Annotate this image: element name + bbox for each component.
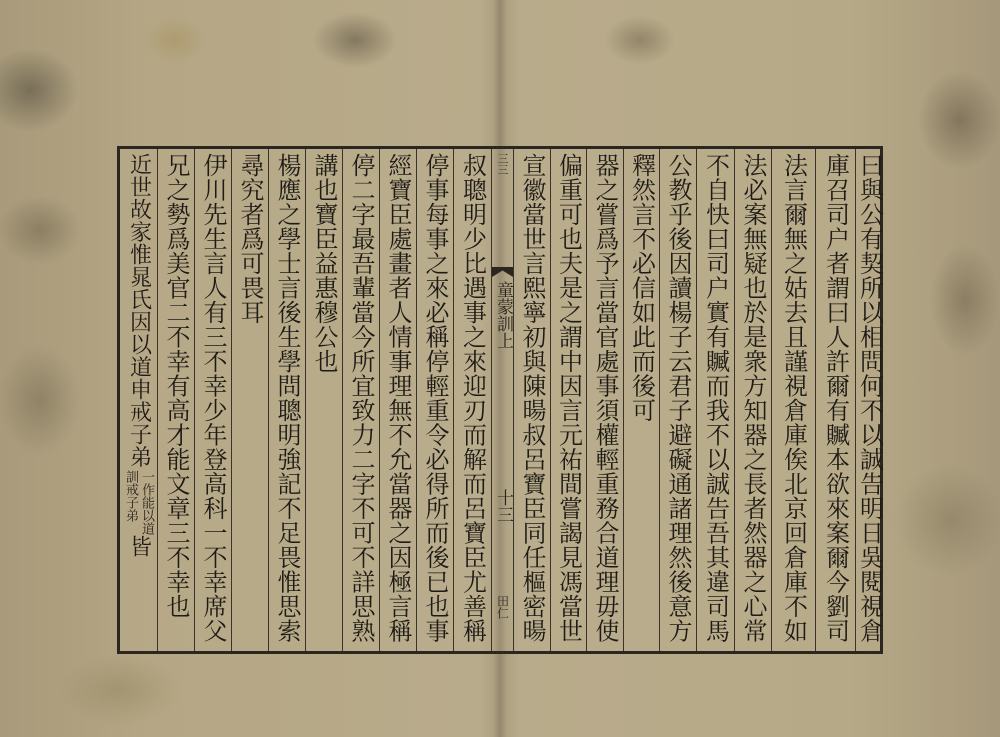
text-column: 曰與公有契所以相問何不以誠告明日吳閱視倉 bbox=[855, 149, 883, 651]
interlinear-note: 一作能以道 訓戒子弟 bbox=[124, 470, 153, 535]
text-column: 楊應之學士言後生學問聰明強記不足畏惟思索 bbox=[268, 149, 305, 651]
character-count-mark: 三三 bbox=[492, 153, 513, 175]
column-text: 宣徽當世言熙寧初與陳暘叔呂寶臣同任樞密暘 bbox=[520, 153, 544, 643]
text-column: 停事每事之來必稱停輕重令必得所而後已也事 bbox=[416, 149, 453, 651]
column-text: 經寶臣處畫者人情事理無不允當器之因極言稱 bbox=[386, 153, 410, 643]
column-text: 近世故家惟晁氏因以道申戒子弟 bbox=[128, 153, 150, 468]
text-column: 庫召司户者謂曰人許爾有贓本欲來案爾今劉司 bbox=[815, 149, 855, 651]
column-text: 庫召司户者謂曰人許爾有贓本欲來案爾今劉司 bbox=[824, 153, 848, 643]
column-text: 偏重可也夫是之謂中因言元祐間嘗謁見馮當世 bbox=[557, 153, 581, 643]
column-text: 公教乎後因讀楊子云君子避礙通諸理然後意方 bbox=[666, 153, 690, 643]
column-text: 不自快曰司户實有贓而我不以誠告吾其違司馬 bbox=[704, 153, 728, 643]
note-left: 訓戒子弟 bbox=[124, 470, 137, 535]
printed-frame: 曰與公有契所以相問何不以誠告明日吳閱視倉 庫召司户者謂曰人許爾有贓本欲來案爾今劉… bbox=[117, 146, 883, 654]
text-column: 講也寶臣益惠穆公也 bbox=[305, 149, 342, 651]
text-column: 法必案無疑也於是衆方知器之長者然器之心常 bbox=[734, 149, 771, 651]
fishtail-mark bbox=[492, 267, 513, 277]
book-spread: 曰與公有契所以相問何不以誠告明日吳閱視倉 庫召司户者謂曰人許爾有贓本欲來案爾今劉… bbox=[0, 0, 1000, 737]
column-text: 曰與公有契所以相問何不以誠告明日吳閱視倉 bbox=[858, 153, 882, 643]
column-text: 器之嘗爲予言當官處事須權輕重務合道理毋使 bbox=[593, 153, 617, 643]
column-text: 尋究者爲可畏耳 bbox=[238, 153, 262, 325]
column-text: 法言爾無之姑去且謹視倉庫俟北京回倉庫不如 bbox=[782, 153, 806, 643]
text-column: 叔聰明少比遇事之來迎刃而解而呂寶臣尤善稱 bbox=[453, 149, 491, 651]
column-text: 楊應之學士言後生學問聰明強記不足畏惟思索 bbox=[275, 153, 299, 643]
column-text: 停事每事之來必稱停輕重令必得所而後已也事 bbox=[423, 153, 447, 643]
column-text: 法必案無疑也於是衆方知器之長者然器之心常 bbox=[741, 153, 765, 643]
book-title: 童蒙訓上 bbox=[492, 281, 513, 349]
column-text: 伊川先生言人有三不幸少年登高科一不幸席父 bbox=[201, 153, 225, 643]
text-column: 公教乎後因讀楊子云君子避礙通諸理然後意方 bbox=[659, 149, 696, 651]
text-column: 經寶臣處畫者人情事理無不允當器之因極言稱 bbox=[379, 149, 416, 651]
page-number: 十三 bbox=[492, 489, 513, 523]
text-column: 近世故家惟晁氏因以道申戒子弟 一作能以道 訓戒子弟 皆 bbox=[120, 149, 157, 651]
text-column: 釋然言不必信如此而後可 bbox=[623, 149, 659, 651]
column-tail: 皆 bbox=[128, 535, 150, 558]
carver-name: 田仁 bbox=[492, 595, 513, 619]
note-right: 一作能以道 bbox=[140, 470, 153, 535]
text-column: 伊川先生言人有三不幸少年登高科一不幸席父 bbox=[194, 149, 231, 651]
text-column: 器之嘗爲予言當官處事須權輕重務合道理毋使 bbox=[586, 149, 623, 651]
text-column: 宣徽當世言熙寧初與陳暘叔呂寶臣同任樞密暘 bbox=[513, 149, 550, 651]
text-column: 尋究者爲可畏耳 bbox=[231, 149, 268, 651]
text-column: 不自快曰司户實有贓而我不以誠告吾其違司馬 bbox=[696, 149, 734, 651]
text-column: 法言爾無之姑去且謹視倉庫俟北京回倉庫不如 bbox=[771, 149, 815, 651]
column-text: 叔聰明少比遇事之來迎刃而解而呂寶臣尤善稱 bbox=[461, 153, 485, 643]
column-text: 釋然言不必信如此而後可 bbox=[630, 153, 654, 423]
center-strip: 三三 童蒙訓上 十三 田仁 bbox=[491, 149, 513, 651]
column-text: 兄之勢爲美官二不幸有高才能文章三不幸也 bbox=[164, 153, 188, 619]
column-text: 停二字最吾輩當今所宜致力二字不可不詳思熟 bbox=[349, 153, 373, 643]
text-column: 偏重可也夫是之謂中因言元祐間嘗謁見馮當世 bbox=[550, 149, 586, 651]
text-column: 停二字最吾輩當今所宜致力二字不可不詳思熟 bbox=[342, 149, 379, 651]
text-column: 兄之勢爲美官二不幸有高才能文章三不幸也 bbox=[157, 149, 194, 651]
column-text: 講也寶臣益惠穆公也 bbox=[312, 153, 336, 374]
